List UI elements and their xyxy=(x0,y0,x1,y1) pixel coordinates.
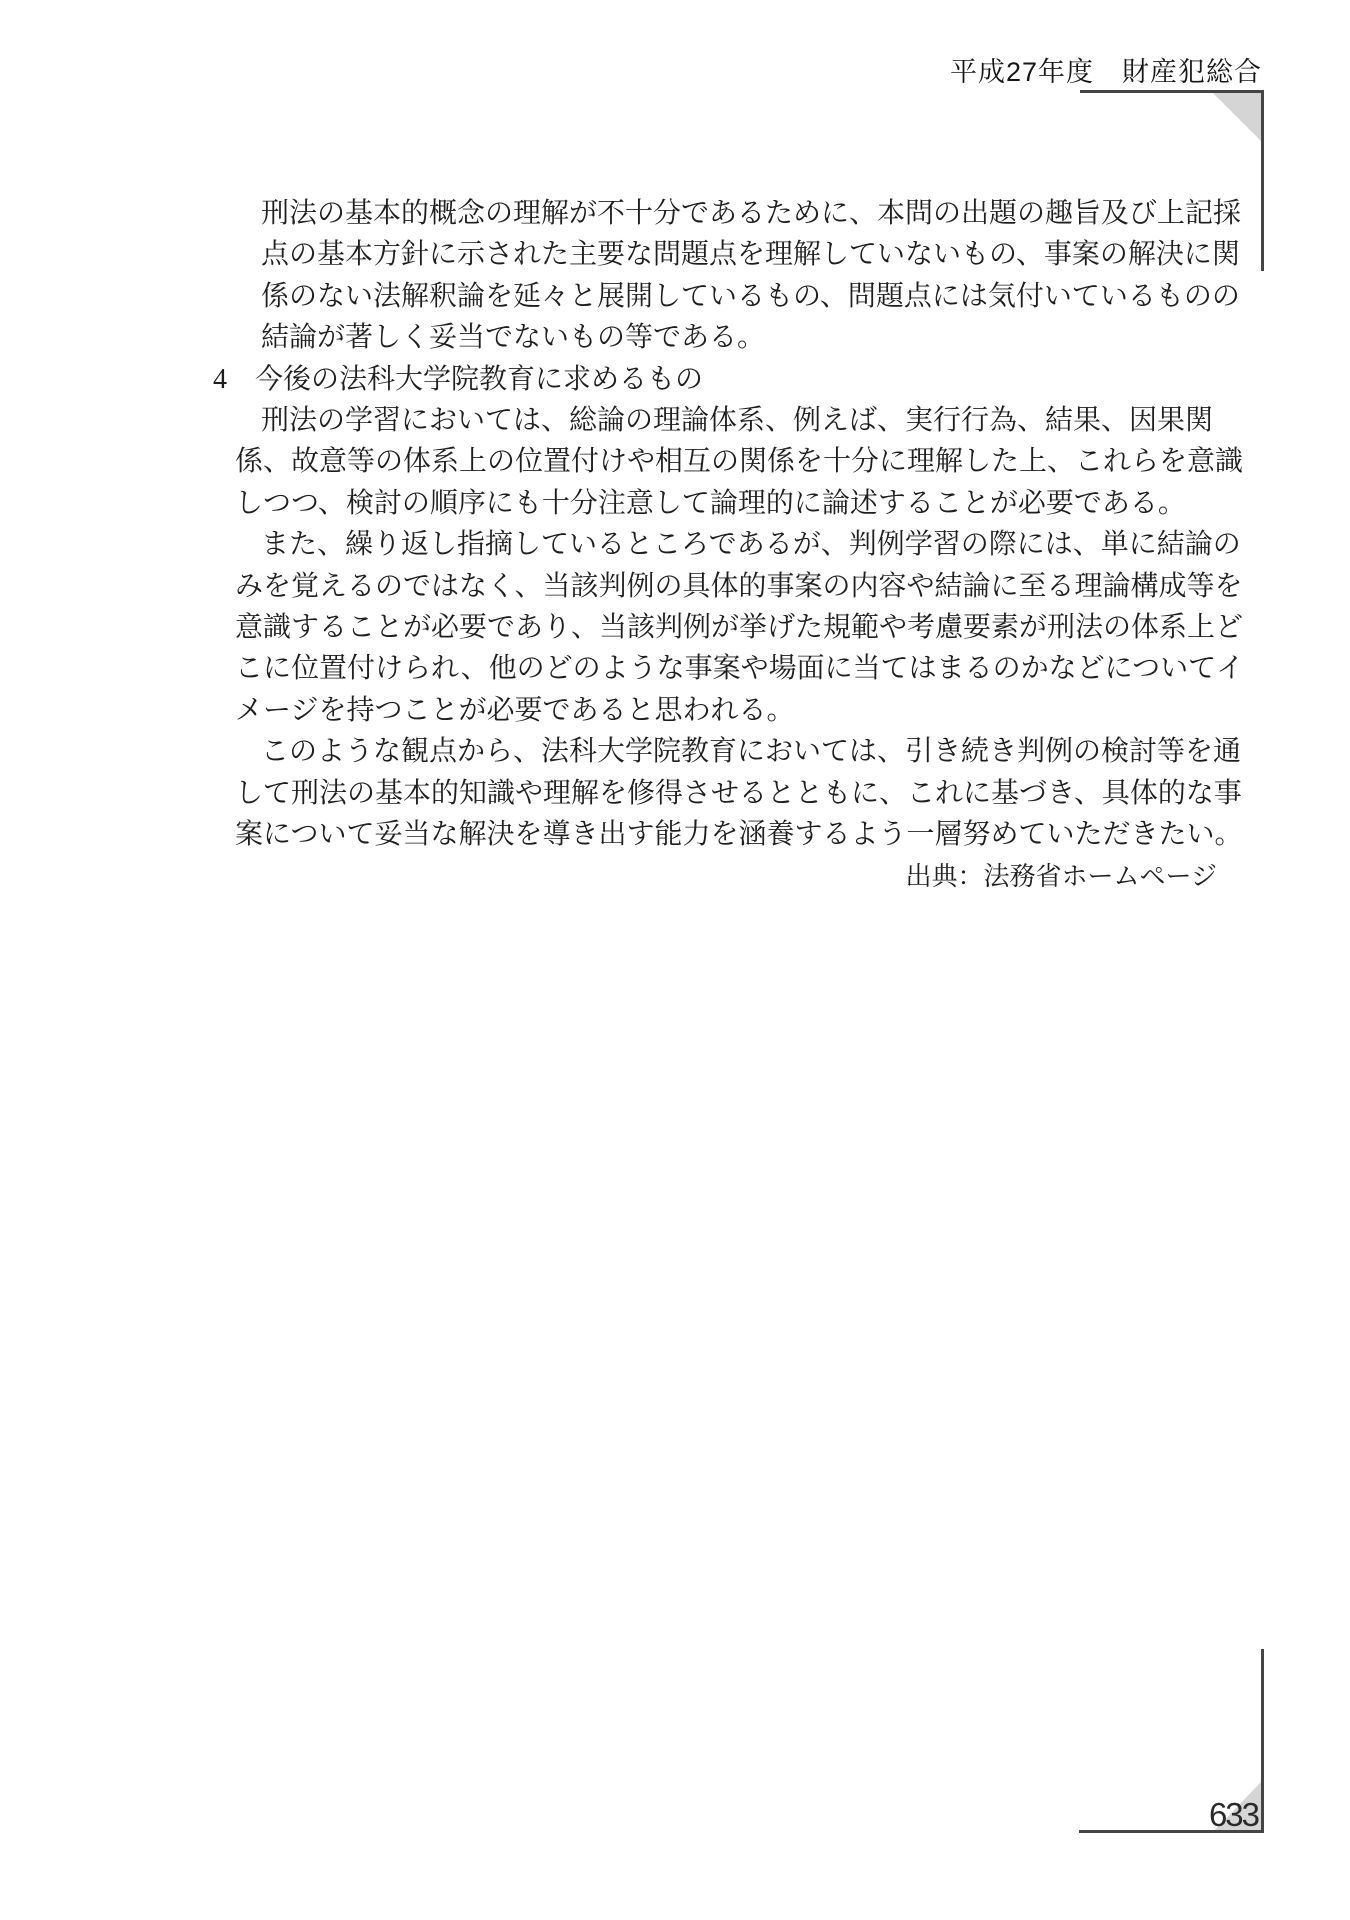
text-line: みを覚えるのではなく、当該判例の具体的事案の内容や結論に至る理論構成等を xyxy=(213,566,1223,607)
top-corner-rule-horizontal xyxy=(1080,90,1264,93)
text-line: しつつ、検討の順序にも十分注意して論理的に論述することが必要である。 xyxy=(213,483,1223,524)
running-header: 平成27年度 財産犯総合 xyxy=(950,50,1262,89)
text-line: こに位置付けられ、他のどのような事案や場面に当てはまるのかなどについてイ xyxy=(213,648,1223,689)
text-line: 係のない法解釈論を延々と展開しているもの、問題点には気付いているものの xyxy=(213,276,1223,317)
source-line: 出典：法務省ホームページ xyxy=(213,856,1223,897)
text-line: 結論が著しく妥当でないもの等である。 xyxy=(213,317,1223,358)
book-page: 平成27年度 財産犯総合 刑法の基本的概念の理解が不十分であるために、本問の出題… xyxy=(0,0,1350,1920)
section-4-heading: 4 今後の法科大学院教育に求めるもの xyxy=(213,359,1223,400)
main-text-block: 刑法の基本的概念の理解が不十分であるために、本問の出題の趣旨及び上記採 点の基本… xyxy=(213,193,1223,897)
text-line: 点の基本方針に示された主要な問題点を理解していないもの、事案の解決に関 xyxy=(213,234,1223,275)
text-line: また、繰り返し指摘しているところであるが、判例学習の際には、単に結論の xyxy=(213,524,1223,565)
text-line: 刑法の基本的概念の理解が不十分であるために、本問の出題の趣旨及び上記採 xyxy=(213,193,1223,234)
top-corner-triangle xyxy=(1213,93,1261,141)
text-line: して刑法の基本的知識や理解を修得させるとともに、これに基づき、具体的な事 xyxy=(213,773,1223,814)
text-line: 係、故意等の体系上の位置付けや相互の関係を十分に理解した上、これらを意識 xyxy=(213,441,1223,482)
text-line: 案について妥当な解決を導き出す能力を涵養するよう一層努めていただきたい。 xyxy=(213,814,1223,855)
page-number: 633 xyxy=(1209,1796,1258,1834)
text-line: このような観点から、法科大学院教育においては、引き続き判例の検討等を通 xyxy=(213,731,1223,772)
text-line: メージを持つことが必要であると思われる。 xyxy=(213,690,1223,731)
text-line: 意識することが必要であり、当該判例が挙げた規範や考慮要素が刑法の体系上ど xyxy=(213,607,1223,648)
text-line: 刑法の学習においては、総論の理論体系、例えば、実行行為、結果、因果関 xyxy=(213,400,1223,441)
top-corner-rule-vertical xyxy=(1261,90,1264,271)
bottom-corner-rule-vertical xyxy=(1261,1649,1264,1833)
